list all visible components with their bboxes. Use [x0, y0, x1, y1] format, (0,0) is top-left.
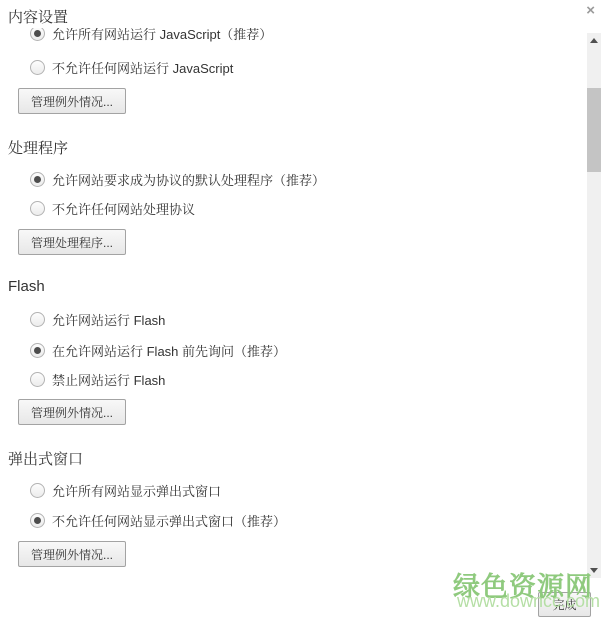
radio-icon[interactable]	[30, 60, 45, 75]
manage-exceptions-button-js[interactable]: 管理例外情况...	[18, 88, 126, 114]
radio-option-allow-all-js[interactable]: 允许所有网站运行 JavaScript（推荐）	[30, 28, 272, 41]
scrollbar-thumb[interactable]	[587, 88, 601, 172]
radio-option-block-flash[interactable]: 禁止网站运行 Flash	[30, 371, 165, 387]
radio-option-block-handlers[interactable]: 不允许任何网站处理协议	[30, 200, 195, 216]
manage-exceptions-button-popups[interactable]: 管理例外情况...	[18, 541, 126, 567]
option-label: 允许所有网站运行 JavaScript（推荐）	[52, 28, 272, 43]
content-settings-dialog: 内容设置 × 允许所有网站运行 JavaScript（推荐） 不允许任何网站运行…	[0, 0, 601, 620]
option-label: 不允许任何网站显示弹出式窗口（推荐）	[52, 511, 286, 530]
radio-icon[interactable]	[30, 172, 45, 187]
section-heading-flash: Flash	[8, 278, 45, 295]
radio-icon[interactable]	[30, 372, 45, 387]
radio-option-allow-flash[interactable]: 允许网站运行 Flash	[30, 311, 165, 327]
radio-option-block-all-js[interactable]: 不允许任何网站运行 JavaScript	[30, 59, 233, 75]
manage-handlers-button[interactable]: 管理处理程序...	[18, 229, 126, 255]
radio-option-allow-popups[interactable]: 允许所有网站显示弹出式窗口	[30, 482, 221, 498]
option-label: 不允许任何网站运行 JavaScript	[52, 58, 233, 77]
section-heading-handlers: 处理程序	[8, 137, 68, 158]
dialog-title: 内容设置	[8, 6, 68, 27]
radio-option-block-popups[interactable]: 不允许任何网站显示弹出式窗口（推荐）	[30, 512, 286, 528]
option-label: 禁止网站运行 Flash	[52, 370, 165, 389]
option-label: 允许网站要求成为协议的默认处理程序（推荐）	[52, 170, 325, 189]
radio-icon[interactable]	[30, 312, 45, 327]
section-heading-popups: 弹出式窗口	[8, 448, 83, 469]
radio-dot	[34, 30, 41, 37]
radio-option-ask-flash[interactable]: 在允许网站运行 Flash 前先询问（推荐）	[30, 342, 286, 358]
radio-dot	[34, 176, 41, 183]
radio-dot	[34, 517, 41, 524]
radio-option-allow-handlers[interactable]: 允许网站要求成为协议的默认处理程序（推荐）	[30, 171, 325, 187]
scrollbar-up-arrow-icon[interactable]	[587, 33, 601, 47]
radio-icon[interactable]	[30, 201, 45, 216]
option-label: 允许网站运行 Flash	[52, 310, 165, 329]
radio-icon[interactable]	[30, 28, 45, 41]
settings-scroll-area: 允许所有网站运行 JavaScript（推荐） 不允许任何网站运行 JavaSc…	[0, 28, 587, 578]
option-label: 不允许任何网站处理协议	[52, 199, 195, 218]
radio-icon[interactable]	[30, 513, 45, 528]
vertical-scrollbar[interactable]	[587, 33, 601, 578]
scrollbar-down-arrow-icon[interactable]	[587, 564, 601, 578]
radio-dot	[34, 347, 41, 354]
radio-icon[interactable]	[30, 483, 45, 498]
radio-icon[interactable]	[30, 343, 45, 358]
close-icon[interactable]: ×	[586, 3, 595, 19]
option-label: 允许所有网站显示弹出式窗口	[52, 481, 221, 500]
done-button[interactable]: 完成	[538, 592, 591, 617]
manage-exceptions-button-flash[interactable]: 管理例外情况...	[18, 399, 126, 425]
option-label: 在允许网站运行 Flash 前先询问（推荐）	[52, 341, 286, 360]
